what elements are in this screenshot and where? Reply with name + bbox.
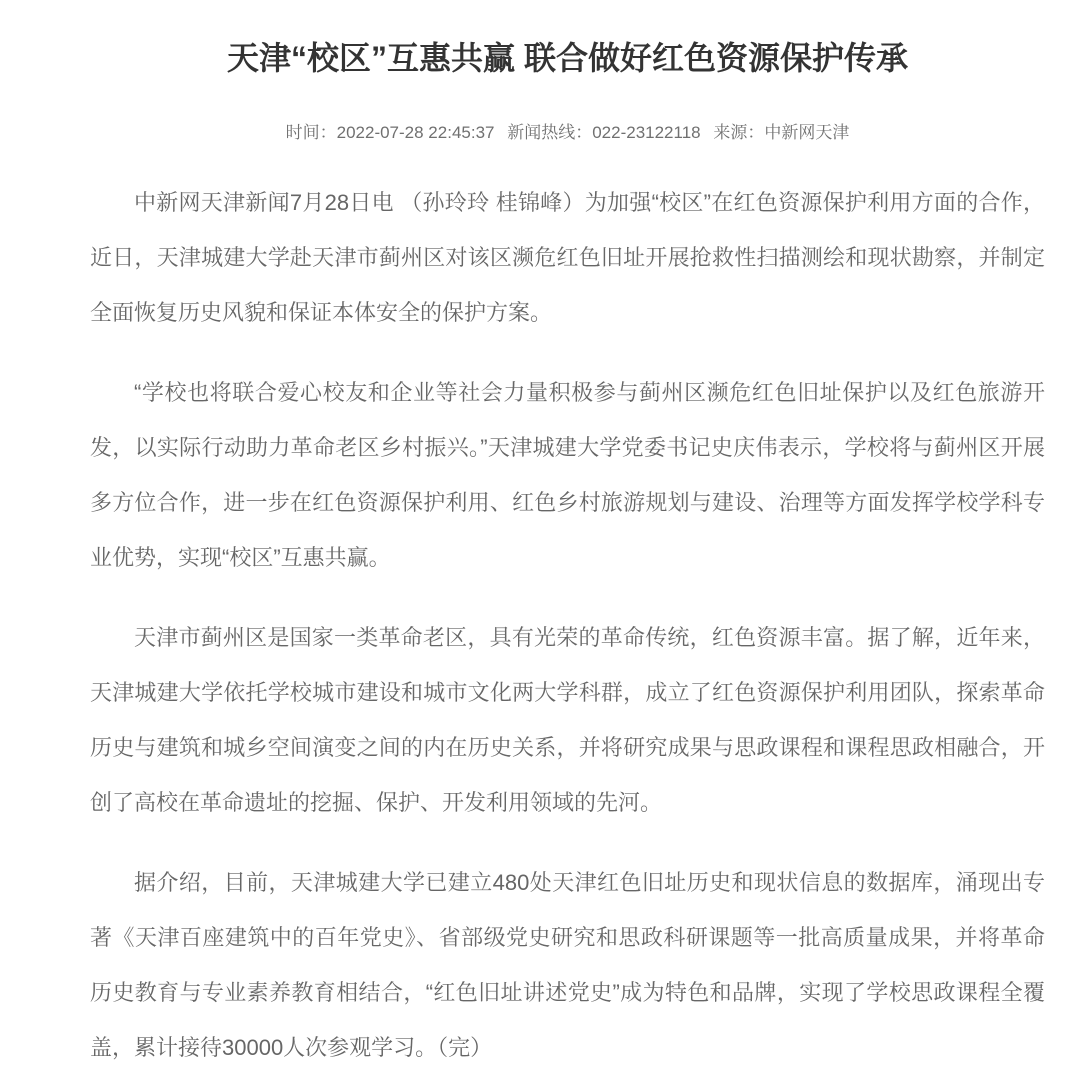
article-body: 中新网天津新闻7月28日电 （孙玲玲 桂锦峰）为加强“校区”在红色资源保护利用方… — [90, 175, 1045, 1075]
article-page: 天津“校区”互惠共赢 联合做好红色资源保护传承 时间：2022-07-28 22… — [90, 0, 1045, 1075]
article-meta: 时间：2022-07-28 22:45:37 新闻热线：022-23122118… — [90, 121, 1045, 145]
article-paragraph-2: “学校也将联合爱心校友和企业等社会力量积极参与蓟州区濒危红色旧址保护以及红色旅游… — [90, 365, 1045, 585]
article-paragraph-4: 据介绍，目前，天津城建大学已建立480处天津红色旧址历史和现状信息的数据库，涌现… — [90, 855, 1045, 1075]
article-paragraph-1: 中新网天津新闻7月28日电 （孙玲玲 桂锦峰）为加强“校区”在红色资源保护利用方… — [90, 175, 1045, 340]
meta-hotline: 新闻热线：022-23122118 — [507, 123, 700, 142]
meta-time: 时间：2022-07-28 22:45:37 — [286, 123, 495, 142]
article-paragraph-3: 天津市蓟州区是国家一类革命老区，具有光荣的革命传统，红色资源丰富。据了解，近年来… — [90, 610, 1045, 830]
meta-source: 来源：中新网天津 — [713, 123, 849, 142]
article-title: 天津“校区”互惠共赢 联合做好红色资源保护传承 — [90, 36, 1045, 81]
